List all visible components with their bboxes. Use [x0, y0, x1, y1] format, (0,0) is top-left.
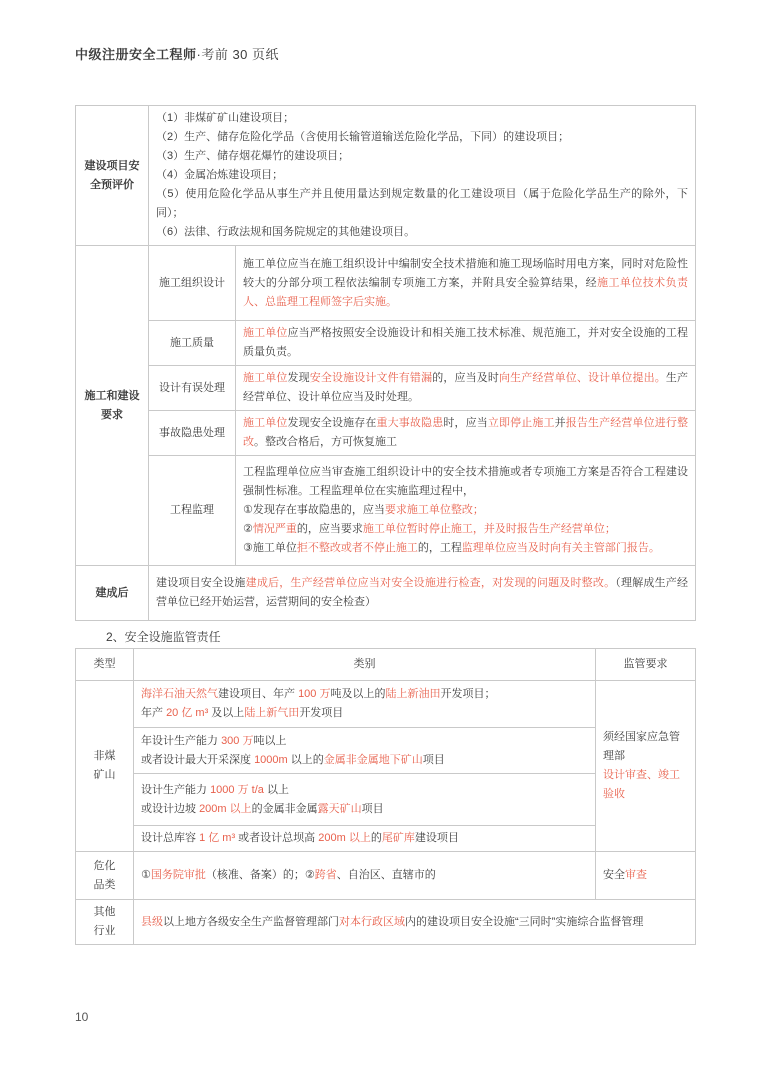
- subrow-label-hidden-danger-handling: 事故隐患处理: [149, 411, 236, 456]
- table-safety-facility-supervision: 类型 类别 监管要求 非煤矿山 海洋石油天然气建设项目、年产 100 万吨及以上…: [75, 648, 696, 945]
- cell-hazchem-requirement: 安全审查: [596, 852, 696, 900]
- cell-after-completion: 建设项目安全设施建成后，生产经营单位应当对安全设施进行检查，对发现的问题及时整改…: [149, 566, 696, 621]
- cell-project-supervision: 工程监理单位应当审查施工组织设计中的安全技术措施或者专项施工方案是否符合工程建设…: [236, 456, 696, 566]
- table-row: 建设项目安全预评价 （1）非煤矿矿山建设项目；（2）生产、储存危险化学品（含使用…: [76, 106, 696, 246]
- cell-non-coal-underground-mine: 年设计生产能力 300 万吨以上或者设计最大开采深度 1000m 以上的金属非金…: [134, 728, 596, 774]
- cell-hidden-danger-handling: 施工单位发现安全设施存在重大事故隐患时，应当立即停止施工并报告生产经营单位进行整…: [236, 411, 696, 456]
- table-row: 建成后 建设项目安全设施建成后，生产经营单位应当对安全设施进行检查，对发现的问题…: [76, 566, 696, 621]
- row-header-after-completion: 建成后: [76, 566, 149, 621]
- subrow-label-construction-organization-design: 施工组织设计: [149, 246, 236, 321]
- cell-non-coal-tailings-pond: 设计总库容 1 亿 m³ 或者设计总坝高 200m 以上的尾矿库建设项目: [134, 826, 596, 852]
- cell-non-coal-open-pit-mine: 设计生产能力 1000 万 t/a 以上或设计边坡 200m 以上的金属非金属露…: [134, 774, 596, 826]
- cell-design-error-handling: 施工单位发现安全设施设计文件有错漏的，应当及时向生产经营单位、设计单位提出。生产…: [236, 366, 696, 411]
- column-header-category: 类别: [134, 649, 596, 681]
- row-header-hazardous-chemicals: 危化品类: [76, 852, 134, 900]
- column-header-supervision-requirement: 监管要求: [596, 649, 696, 681]
- subrow-label-project-supervision: 工程监理: [149, 456, 236, 566]
- table-row: 工程监理 工程监理单位应当审查施工组织设计中的安全技术措施或者专项施工方案是否符…: [76, 456, 696, 566]
- row-header-other-industries: 其他行业: [76, 900, 134, 945]
- column-header-type: 类型: [76, 649, 134, 681]
- table-row: 危化品类 ①国务院审批（核准、备案）的；②跨省、自治区、直辖市的 安全审查: [76, 852, 696, 900]
- table-row: 设计有误处理 施工单位发现安全设施设计文件有错漏的，应当及时向生产经营单位、设计…: [76, 366, 696, 411]
- row-header-pre-evaluation: 建设项目安全预评价: [76, 106, 149, 246]
- cell-hazchem-category: ①国务院审批（核准、备案）的；②跨省、自治区、直辖市的: [134, 852, 596, 900]
- table-safety-facility-requirements: 建设项目安全预评价 （1）非煤矿矿山建设项目；（2）生产、储存危险化学品（含使用…: [75, 105, 696, 621]
- table-row: 施工和建设要求 施工组织设计 施工单位应当在施工组织设计中编制安全技术措施和施工…: [76, 246, 696, 321]
- cell-pre-evaluation-items: （1）非煤矿矿山建设项目；（2）生产、储存危险化学品（含使用长输管道输送危险化学…: [149, 106, 696, 246]
- page-number: 10: [75, 1010, 88, 1024]
- cell-non-coal-requirement: 须经国家应急管理部设计审查、竣工验收: [596, 681, 696, 852]
- table-row: 非煤矿山 海洋石油天然气建设项目、年产 100 万吨及以上的陆上新油田开发项目；…: [76, 681, 696, 728]
- table-header-row: 类型 类别 监管要求: [76, 649, 696, 681]
- doc-title: 中级注册安全工程师·考前 30 页纸: [75, 44, 279, 63]
- document-page: 中级注册安全工程师·考前 30 页纸 建设项目安全预评价 （1）非煤矿矿山建设项…: [0, 0, 770, 1080]
- row-header-construction-requirements: 施工和建设要求: [76, 246, 149, 566]
- subrow-label-design-error-handling: 设计有误处理: [149, 366, 236, 411]
- subrow-label-construction-quality: 施工质量: [149, 321, 236, 366]
- cell-other-industries: 县级以上地方各级安全生产监督管理部门对本行政区域内的建设项目安全设施“三同时”实…: [134, 900, 696, 945]
- cell-non-coal-oil-gas: 海洋石油天然气建设项目、年产 100 万吨及以上的陆上新油田开发项目；年产 20…: [134, 681, 596, 728]
- section-heading-supervision-responsibility: 2、安全设施监管责任: [106, 628, 221, 645]
- cell-construction-quality: 施工单位应当严格按照安全设施设计和相关施工技术标准、规范施工，并对安全设施的工程…: [236, 321, 696, 366]
- table-row: 事故隐患处理 施工单位发现安全设施存在重大事故隐患时，应当立即停止施工并报告生产…: [76, 411, 696, 456]
- table-row: 施工质量 施工单位应当严格按照安全设施设计和相关施工技术标准、规范施工，并对安全…: [76, 321, 696, 366]
- row-header-non-coal-mine: 非煤矿山: [76, 681, 134, 852]
- table-row: 其他行业 县级以上地方各级安全生产监督管理部门对本行政区域内的建设项目安全设施“…: [76, 900, 696, 945]
- cell-construction-organization-design: 施工单位应当在施工组织设计中编制安全技术措施和施工现场临时用电方案，同时对危险性…: [236, 246, 696, 321]
